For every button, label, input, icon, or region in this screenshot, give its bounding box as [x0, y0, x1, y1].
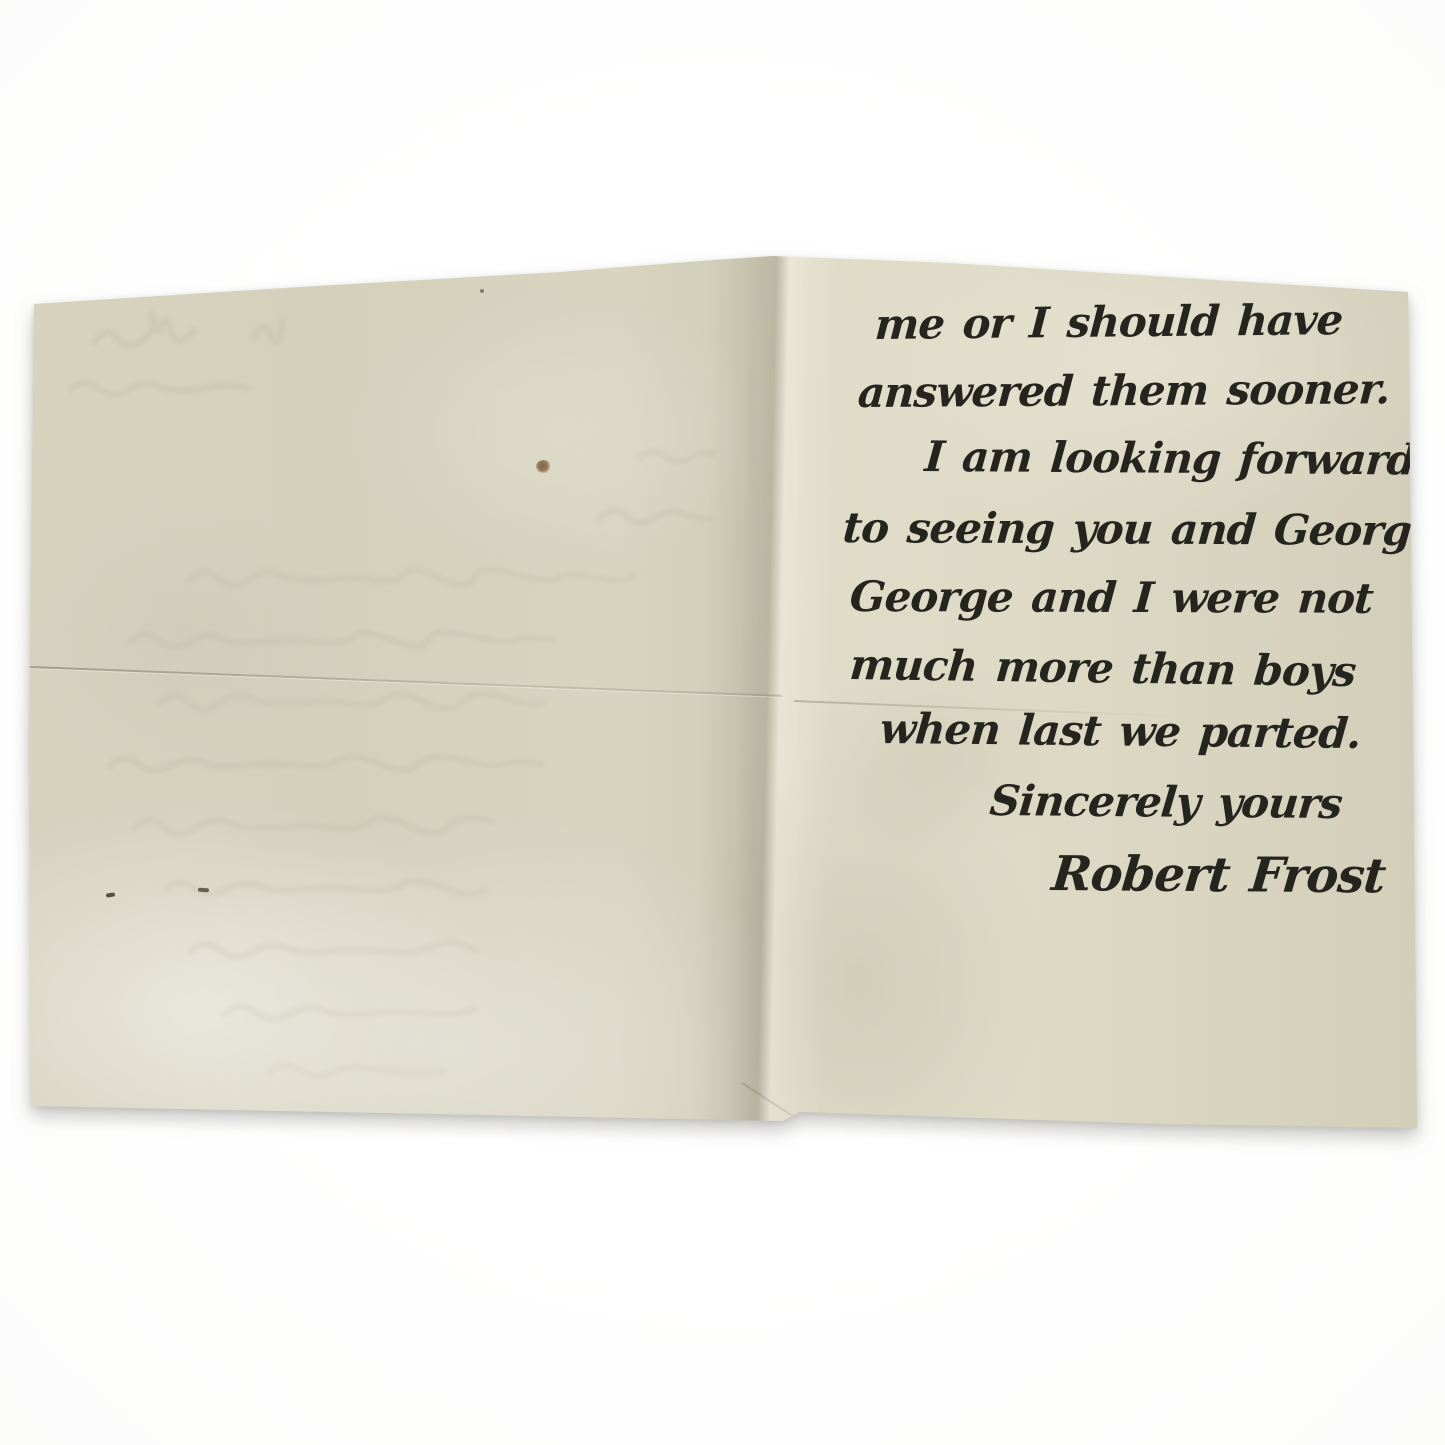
ghost-handwriting-showthrough: [40, 280, 760, 1120]
handwriting-line: answered them sooner.: [856, 364, 1391, 417]
handwriting-line: much more than boys: [848, 640, 1357, 696]
paper-stain: [536, 460, 551, 473]
paper-shadow: me or I should have answered them sooner…: [0, 0, 1445, 1445]
ink-speck: [198, 888, 209, 893]
handwriting-line: to seeing you and George.: [841, 503, 1445, 555]
handwriting-line: I am looking forward: [923, 432, 1417, 484]
closing-line: Sincerely yours: [988, 776, 1344, 828]
signature-robert-frost: Robert Frost: [1049, 846, 1387, 904]
folded-letter-sheet: me or I should have answered them sooner…: [0, 0, 1445, 1445]
handwriting-line: when last we parted.: [878, 704, 1363, 758]
handwriting-line: me or I should have: [874, 295, 1344, 349]
letter-photograph: me or I should have answered them sooner…: [0, 0, 1445, 1445]
handwriting-line: George and I were not: [848, 572, 1374, 623]
paper-grain-texture: [0, 0, 300, 150]
ink-speck: [480, 289, 484, 293]
